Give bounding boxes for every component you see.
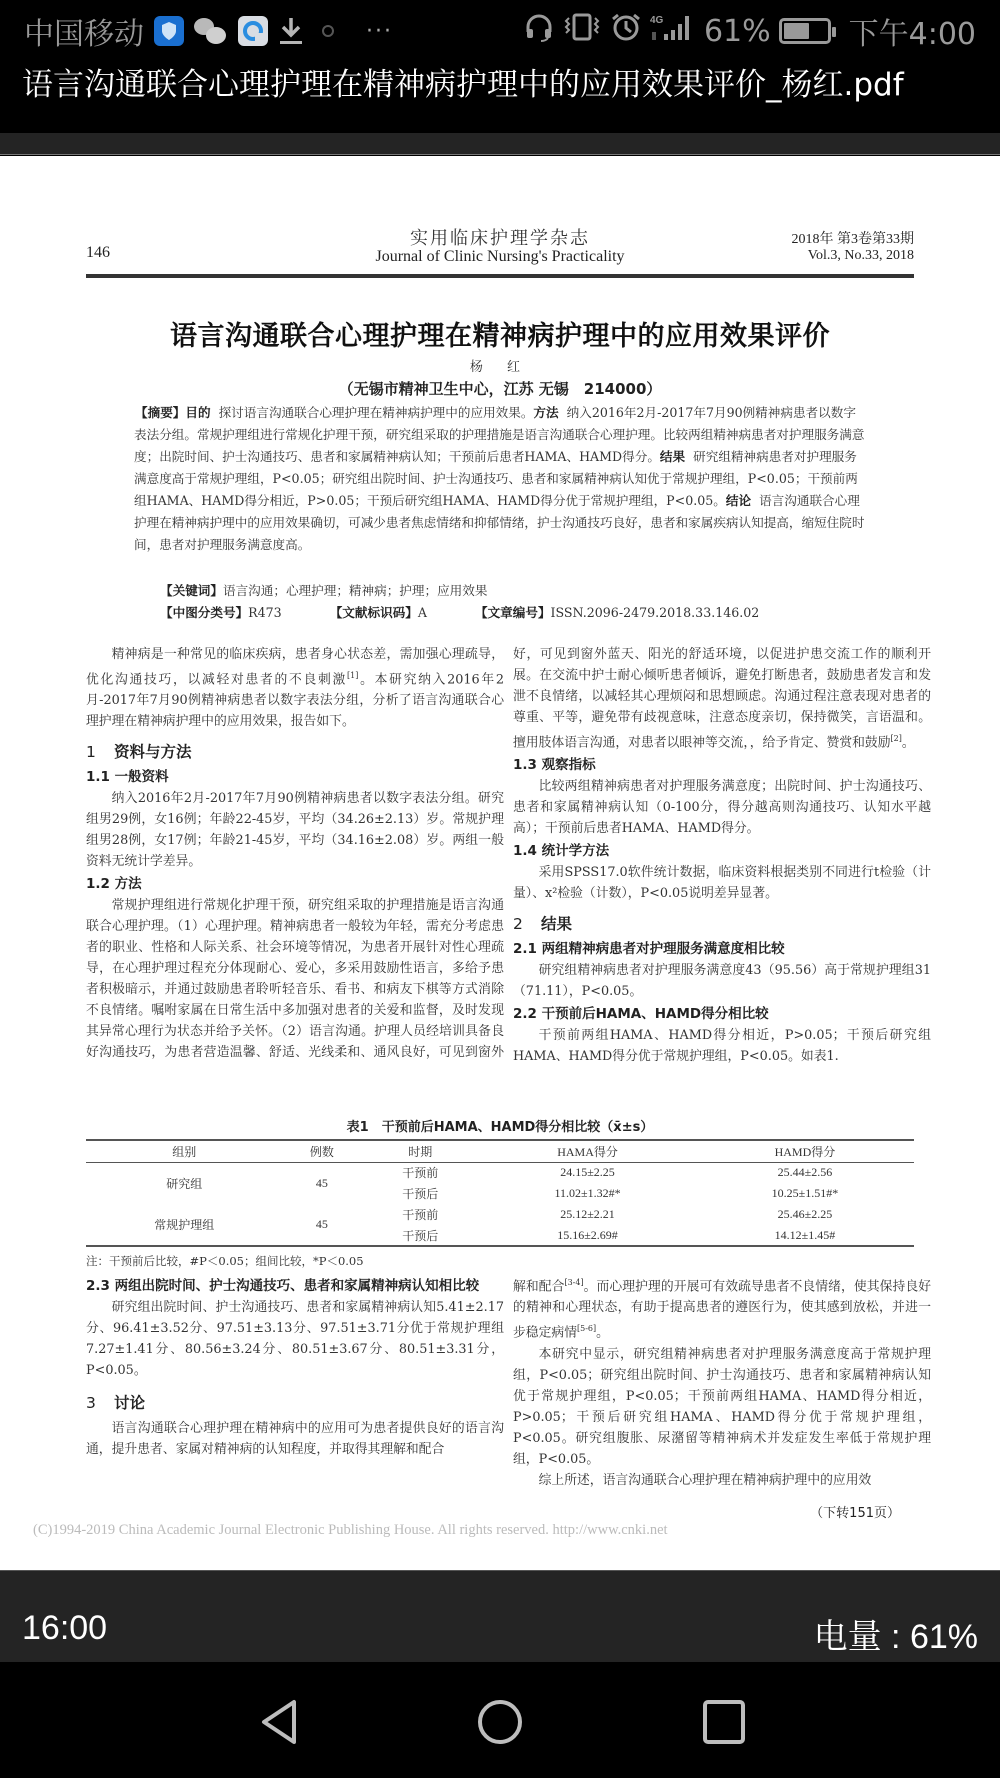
document-title-bar: 语言沟通联合心理护理在精神病护理中的应用效果评价_杨红.pdf bbox=[0, 62, 1000, 133]
purpose-label: 目的 bbox=[185, 405, 210, 420]
paragraph-1-2-continued: 好，可见到窗外蓝天、阳光的舒适环境，以促进护患交流工作的顺利开展。在交流中护士耐… bbox=[513, 644, 931, 753]
hama-score: 24.15±2.25 bbox=[479, 1162, 696, 1183]
method-label: 方法 bbox=[533, 405, 558, 420]
table-row: 常规护理组 45 干预前 25.12±2.21 25.46±2.25 bbox=[86, 1204, 914, 1225]
wechat-icon bbox=[194, 16, 228, 46]
subsection-heading-1-1: 1.1 一般资料 bbox=[86, 767, 504, 787]
browser-app-icon bbox=[238, 16, 268, 46]
paragraph-1-1: 纳入2016年2月-2017年7月90例精神病患者以数字表法分组。研究组男29例… bbox=[86, 788, 504, 872]
discussion-paragraph-1: 语言沟通联合心理护理在精神病中的应用可为患者提供良好的语言沟通，提升患者、家属对… bbox=[86, 1418, 504, 1460]
back-triangle-icon bbox=[258, 1698, 298, 1746]
vibrate-icon bbox=[562, 12, 602, 50]
home-button[interactable] bbox=[476, 1698, 524, 1746]
reader-clock: 16:00 bbox=[22, 1609, 107, 1648]
subsection-heading-1-3: 1.3 观察指标 bbox=[513, 755, 931, 775]
table-caption: 表1 干预前后HAMA、HAMD得分相比较（x̄±s） bbox=[86, 1116, 914, 1135]
col-header-period: 时期 bbox=[361, 1140, 479, 1162]
hamd-score: 10.25±1.51#* bbox=[696, 1183, 914, 1204]
hama-score: 15.16±2.69# bbox=[479, 1225, 696, 1246]
status-bar: 中国移动 ··· 4G 61% 下午4:00 bbox=[0, 0, 1000, 62]
alarm-icon bbox=[610, 12, 642, 50]
abstract: 【摘要】目的 探讨语言沟通联合心理护理在精神病护理中的应用效果。方法 纳入201… bbox=[134, 402, 866, 556]
hamd-score: 25.44±2.56 bbox=[696, 1162, 914, 1183]
col-header-n: 例数 bbox=[283, 1140, 362, 1162]
subsection-heading-1-2: 1.2 方法 bbox=[86, 874, 504, 894]
discussion-paragraph-3: 综上所述，语言沟通联合心理护理在精神病护理中的应用效 bbox=[513, 1470, 931, 1491]
carrier-name: 中国移动 bbox=[24, 9, 144, 53]
col-header-group: 组别 bbox=[86, 1140, 283, 1162]
body-column-left-lower: 2.3 两组出院时间、护士沟通技巧、患者和家属精神病认知相比较 研究组出院时间、… bbox=[86, 1274, 504, 1460]
clock: 下午4:00 bbox=[849, 9, 976, 53]
small-circle-icon bbox=[322, 25, 334, 37]
discussion-paragraph-1-continued: 解和配合[3-4]。而心理护理的开展可有效疏导患者不良情绪，使其保持良好的精神和… bbox=[513, 1272, 931, 1344]
journal-name-cn: 实用临床护理学杂志 bbox=[86, 224, 914, 250]
subsection-heading-2-2: 2.2 干预前后HAMA、HAMD得分相比较 bbox=[513, 1004, 931, 1024]
article-no-value: ISSN.2096-2479.2018.33.146.02 bbox=[551, 605, 760, 620]
group-n: 45 bbox=[283, 1162, 362, 1204]
section-heading-1: 1资料与方法 bbox=[86, 742, 504, 763]
header-rule bbox=[86, 274, 914, 278]
subsection-heading-2-1: 2.1 两组精神病患者对护理服务满意度相比较 bbox=[513, 939, 931, 959]
journal-name-en: Journal of Clinic Nursing's Practicality bbox=[86, 248, 914, 266]
purpose-text: 探讨语言沟通联合心理护理在精神病护理中的应用效果。 bbox=[219, 405, 534, 420]
file-name: 语言沟通联合心理护理在精神病护理中的应用效果评价_杨红.pdf bbox=[22, 64, 978, 106]
intro-paragraph: 精神病是一种常见的临床疾病，患者身心状态差，需加强心理疏导，优化沟通技巧，以减轻… bbox=[86, 644, 504, 732]
shield-app-icon bbox=[154, 16, 184, 46]
toolbar-strip bbox=[0, 133, 1000, 155]
keywords-label: 【关键词】 bbox=[160, 583, 223, 598]
table-note: 注：干预前后比较，#P＜0.05；组间比较，*P＜0.05 bbox=[86, 1253, 914, 1269]
table-row: 研究组 45 干预前 24.15±2.25 25.44±2.56 bbox=[86, 1162, 914, 1183]
classification-line: 【中图分类号】R473 【文献标识码】A 【文章编号】ISSN.2096-247… bbox=[160, 602, 803, 621]
hamd-score: 25.46±2.25 bbox=[696, 1204, 914, 1225]
period: 干预前 bbox=[361, 1162, 479, 1183]
period: 干预后 bbox=[361, 1183, 479, 1204]
copyright-footer: (C)1994-2019 China Academic Journal Elec… bbox=[33, 1522, 668, 1539]
issue-en: Vol.3, No.33, 2018 bbox=[808, 248, 914, 264]
pdf-page[interactable]: 146 实用临床护理学杂志 Journal of Clinic Nursing'… bbox=[0, 156, 1000, 1570]
body-column-right: 好，可见到窗外蓝天、阳光的舒适环境，以促进护患交流工作的顺利开展。在交流中护士耐… bbox=[513, 644, 931, 1067]
result-label: 结果 bbox=[660, 449, 685, 464]
body-column-left: 精神病是一种常见的临床疾病，患者身心状态差，需加强心理疏导，优化沟通技巧，以减轻… bbox=[86, 644, 504, 1063]
keywords-text: 语言沟通；心理护理；精神病；护理；应用效果 bbox=[223, 583, 487, 598]
col-header-hamd: HAMD得分 bbox=[696, 1140, 914, 1162]
keywords: 【关键词】语言沟通；心理护理；精神病；护理；应用效果 bbox=[160, 580, 487, 599]
body-column-right-lower: 解和配合[3-4]。而心理护理的开展可有效疏导患者不良情绪，使其保持良好的精神和… bbox=[513, 1272, 931, 1491]
more-dots-icon: ··· bbox=[366, 19, 393, 44]
recents-button[interactable] bbox=[700, 1698, 748, 1746]
battery-percent: 61% bbox=[704, 14, 771, 49]
discussion-paragraph-2: 本研究中显示，研究组精神病患者对护理服务满意度高于常规护理组，P<0.05；研究… bbox=[513, 1344, 931, 1470]
issue-cn: 2018年 第3卷第33期 bbox=[792, 228, 915, 248]
battery-icon bbox=[779, 18, 831, 44]
hama-score: 11.02±1.32#* bbox=[479, 1183, 696, 1204]
results-table: 组别 例数 时期 HAMA得分 HAMD得分 研究组 45 干预前 24.15±… bbox=[86, 1139, 914, 1247]
section-heading-3: 3讨论 bbox=[86, 1393, 504, 1414]
abstract-label: 【摘要】 bbox=[135, 405, 185, 420]
subsection-heading-2-3: 2.3 两组出院时间、护士沟通技巧、患者和家属精神病认知相比较 bbox=[86, 1276, 504, 1296]
clc-value: R473 bbox=[248, 605, 282, 620]
signal-4g-icon: 4G bbox=[650, 12, 696, 50]
journal-header: 146 实用临床护理学杂志 Journal of Clinic Nursing'… bbox=[86, 224, 914, 270]
conclusion-label: 结论 bbox=[726, 493, 751, 508]
group-name: 常规护理组 bbox=[86, 1204, 283, 1246]
group-name: 研究组 bbox=[86, 1162, 283, 1204]
reader-info-bar: 16:00 电量 : 61% bbox=[0, 1570, 1000, 1662]
group-n: 45 bbox=[283, 1204, 362, 1246]
navigation-bar bbox=[0, 1662, 1000, 1778]
paragraph-1-4: 采用SPSS17.0软件统计数据，临床资料根据类别不同进行t检验（计量）、x²检… bbox=[513, 862, 931, 904]
paragraph-2-2: 干预前两组HAMA、HAMD得分相近，P>0.05；干预后研究组HAMA、HAM… bbox=[513, 1025, 931, 1067]
period: 干预后 bbox=[361, 1225, 479, 1246]
hama-score: 25.12±2.21 bbox=[479, 1204, 696, 1225]
affiliation: （无锡市精神卫生中心，江苏 无锡 214000） bbox=[0, 378, 1000, 399]
author: 杨 红 bbox=[0, 356, 1000, 375]
hamd-score: 14.12±1.45# bbox=[696, 1225, 914, 1246]
clc-label: 【中图分类号】 bbox=[160, 605, 248, 620]
continued-note: （下转151页） bbox=[810, 1502, 900, 1521]
recents-square-icon bbox=[702, 1698, 746, 1746]
article-title: 语言沟通联合心理护理在精神病护理中的应用效果评价 bbox=[0, 314, 1000, 353]
reader-battery: 电量 : 61% bbox=[814, 1609, 978, 1658]
home-circle-icon bbox=[476, 1698, 524, 1746]
paragraph-1-2: 常规护理组进行常规化护理干预，研究组采取的护理措施是语言沟通联合心理护理。（1）… bbox=[86, 895, 504, 1063]
back-button[interactable] bbox=[254, 1698, 302, 1746]
period: 干预前 bbox=[361, 1204, 479, 1225]
table-header-row: 组别 例数 时期 HAMA得分 HAMD得分 bbox=[86, 1140, 914, 1162]
doc-code-label: 【文献标识码】 bbox=[330, 605, 418, 620]
paragraph-2-1: 研究组精神病患者对护理服务满意度43（95.56）高于常规护理组31（71.11… bbox=[513, 960, 931, 1002]
svg-text:4G: 4G bbox=[650, 15, 664, 26]
section-heading-2: 2结果 bbox=[513, 914, 931, 935]
doc-code-value: A bbox=[418, 605, 427, 620]
headset-icon bbox=[524, 12, 554, 50]
subsection-heading-1-4: 1.4 统计学方法 bbox=[513, 841, 931, 861]
table-1: 表1 干预前后HAMA、HAMD得分相比较（x̄±s） 组别 例数 时期 HAM… bbox=[86, 1116, 914, 1269]
download-icon bbox=[278, 16, 304, 46]
paragraph-2-3: 研究组出院时间、护士沟通技巧、患者和家属精神病认知5.41±2.17分、96.4… bbox=[86, 1297, 504, 1381]
paragraph-1-3: 比较两组精神病患者对护理服务满意度；出院时间、护士沟通技巧、患者和家属精神病认知… bbox=[513, 776, 931, 839]
article-no-label: 【文章编号】 bbox=[475, 605, 551, 620]
col-header-hama: HAMA得分 bbox=[479, 1140, 696, 1162]
